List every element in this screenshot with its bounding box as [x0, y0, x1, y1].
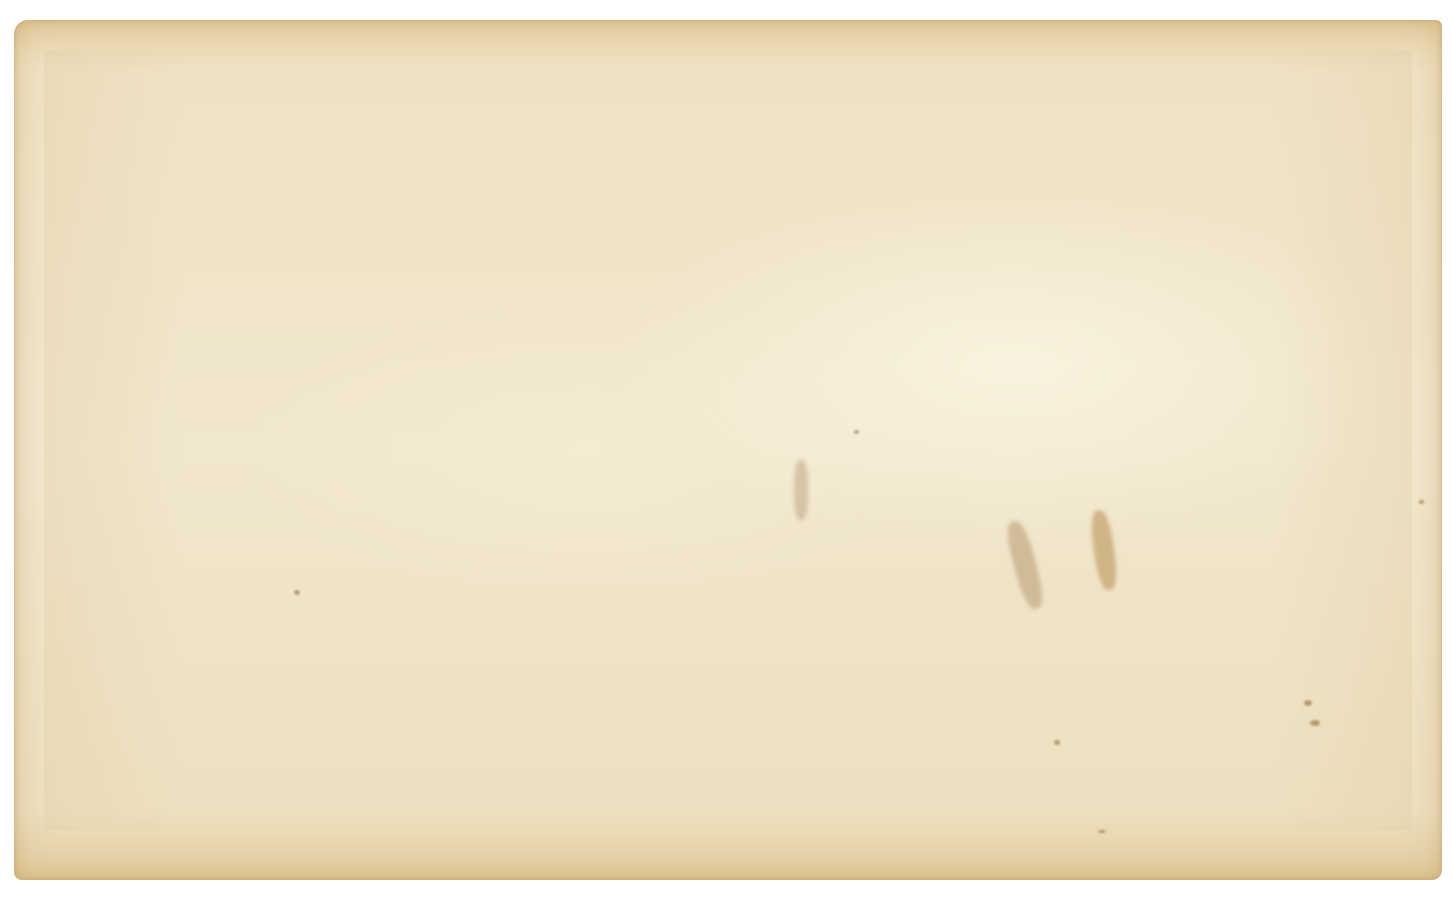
foxing-spot [294, 590, 300, 595]
foxing-spot [1304, 700, 1312, 706]
foxing-spot [1310, 720, 1320, 726]
paper-inner-tone [44, 50, 1412, 830]
foxing-spot [1419, 500, 1424, 504]
stain-streak [794, 460, 808, 520]
foxing-spot [1098, 830, 1106, 833]
foxing-spot [854, 430, 859, 434]
foxing-spot [1054, 740, 1060, 745]
aged-paper-sheet [14, 20, 1442, 880]
